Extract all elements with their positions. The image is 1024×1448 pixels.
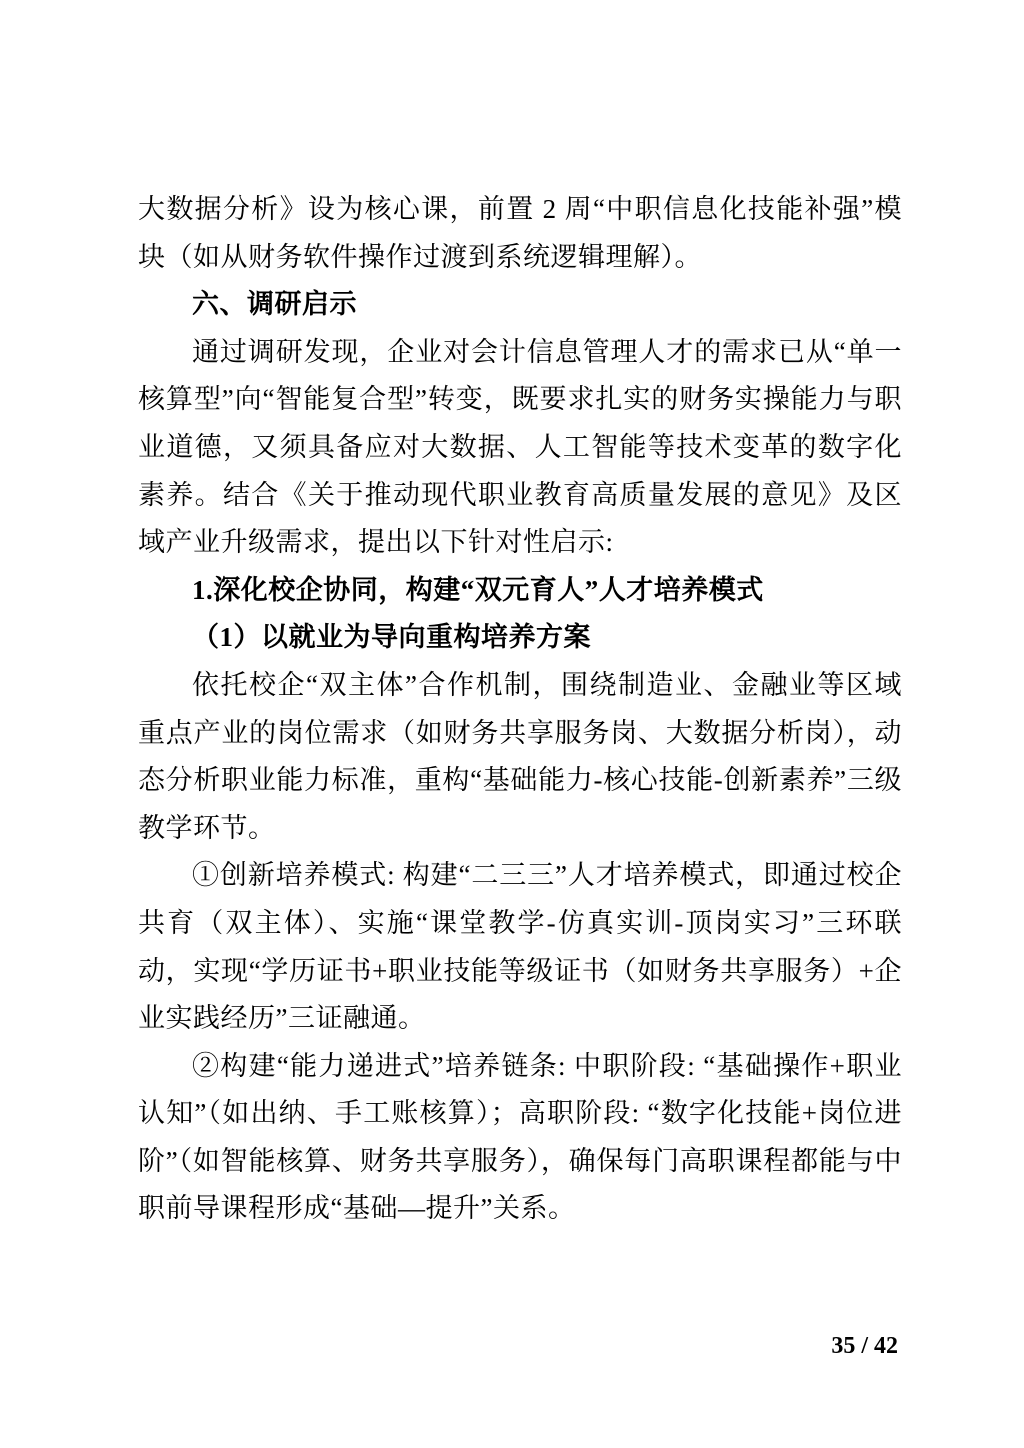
paragraph-research-findings: 通过调研发现，企业对会计信息管理人才的需求已从“单一核算型”向“智能复合型”转变… bbox=[138, 329, 902, 567]
paragraph-continuation: 大数据分析》设为核心课，前置 2 周“中职信息化技能补强”模块（如从财务软件操作… bbox=[138, 186, 902, 281]
subsection-heading-employment-oriented: （1）以就业为导向重构培养方案 bbox=[138, 614, 902, 662]
document-body: 大数据分析》设为核心课，前置 2 周“中职信息化技能补强”模块（如从财务软件操作… bbox=[138, 186, 902, 1233]
document-page: 大数据分析》设为核心课，前置 2 周“中职信息化技能补强”模块（如从财务软件操作… bbox=[0, 0, 1024, 1448]
paragraph-innovative-training-mode: ①创新培养模式: 构建“二三三”人才培养模式，即通过校企共育（双主体）、实施“课… bbox=[138, 852, 902, 1042]
paragraph-progressive-ability-chain: ②构建“能力递进式”培养链条: 中职阶段: “基础操作+职业认知”（如出纳、手工… bbox=[138, 1043, 902, 1233]
page-number: 35 / 42 bbox=[831, 1332, 898, 1360]
paragraph-dual-subject-mechanism: 依托校企“双主体”合作机制，围绕制造业、金融业等区域重点产业的岗位需求（如财务共… bbox=[138, 662, 902, 852]
subsection-heading-school-enterprise: 1.深化校企协同，构建“双元育人”人才培养模式 bbox=[138, 567, 902, 615]
section-heading-research-insights: 六、调研启示 bbox=[138, 281, 902, 329]
